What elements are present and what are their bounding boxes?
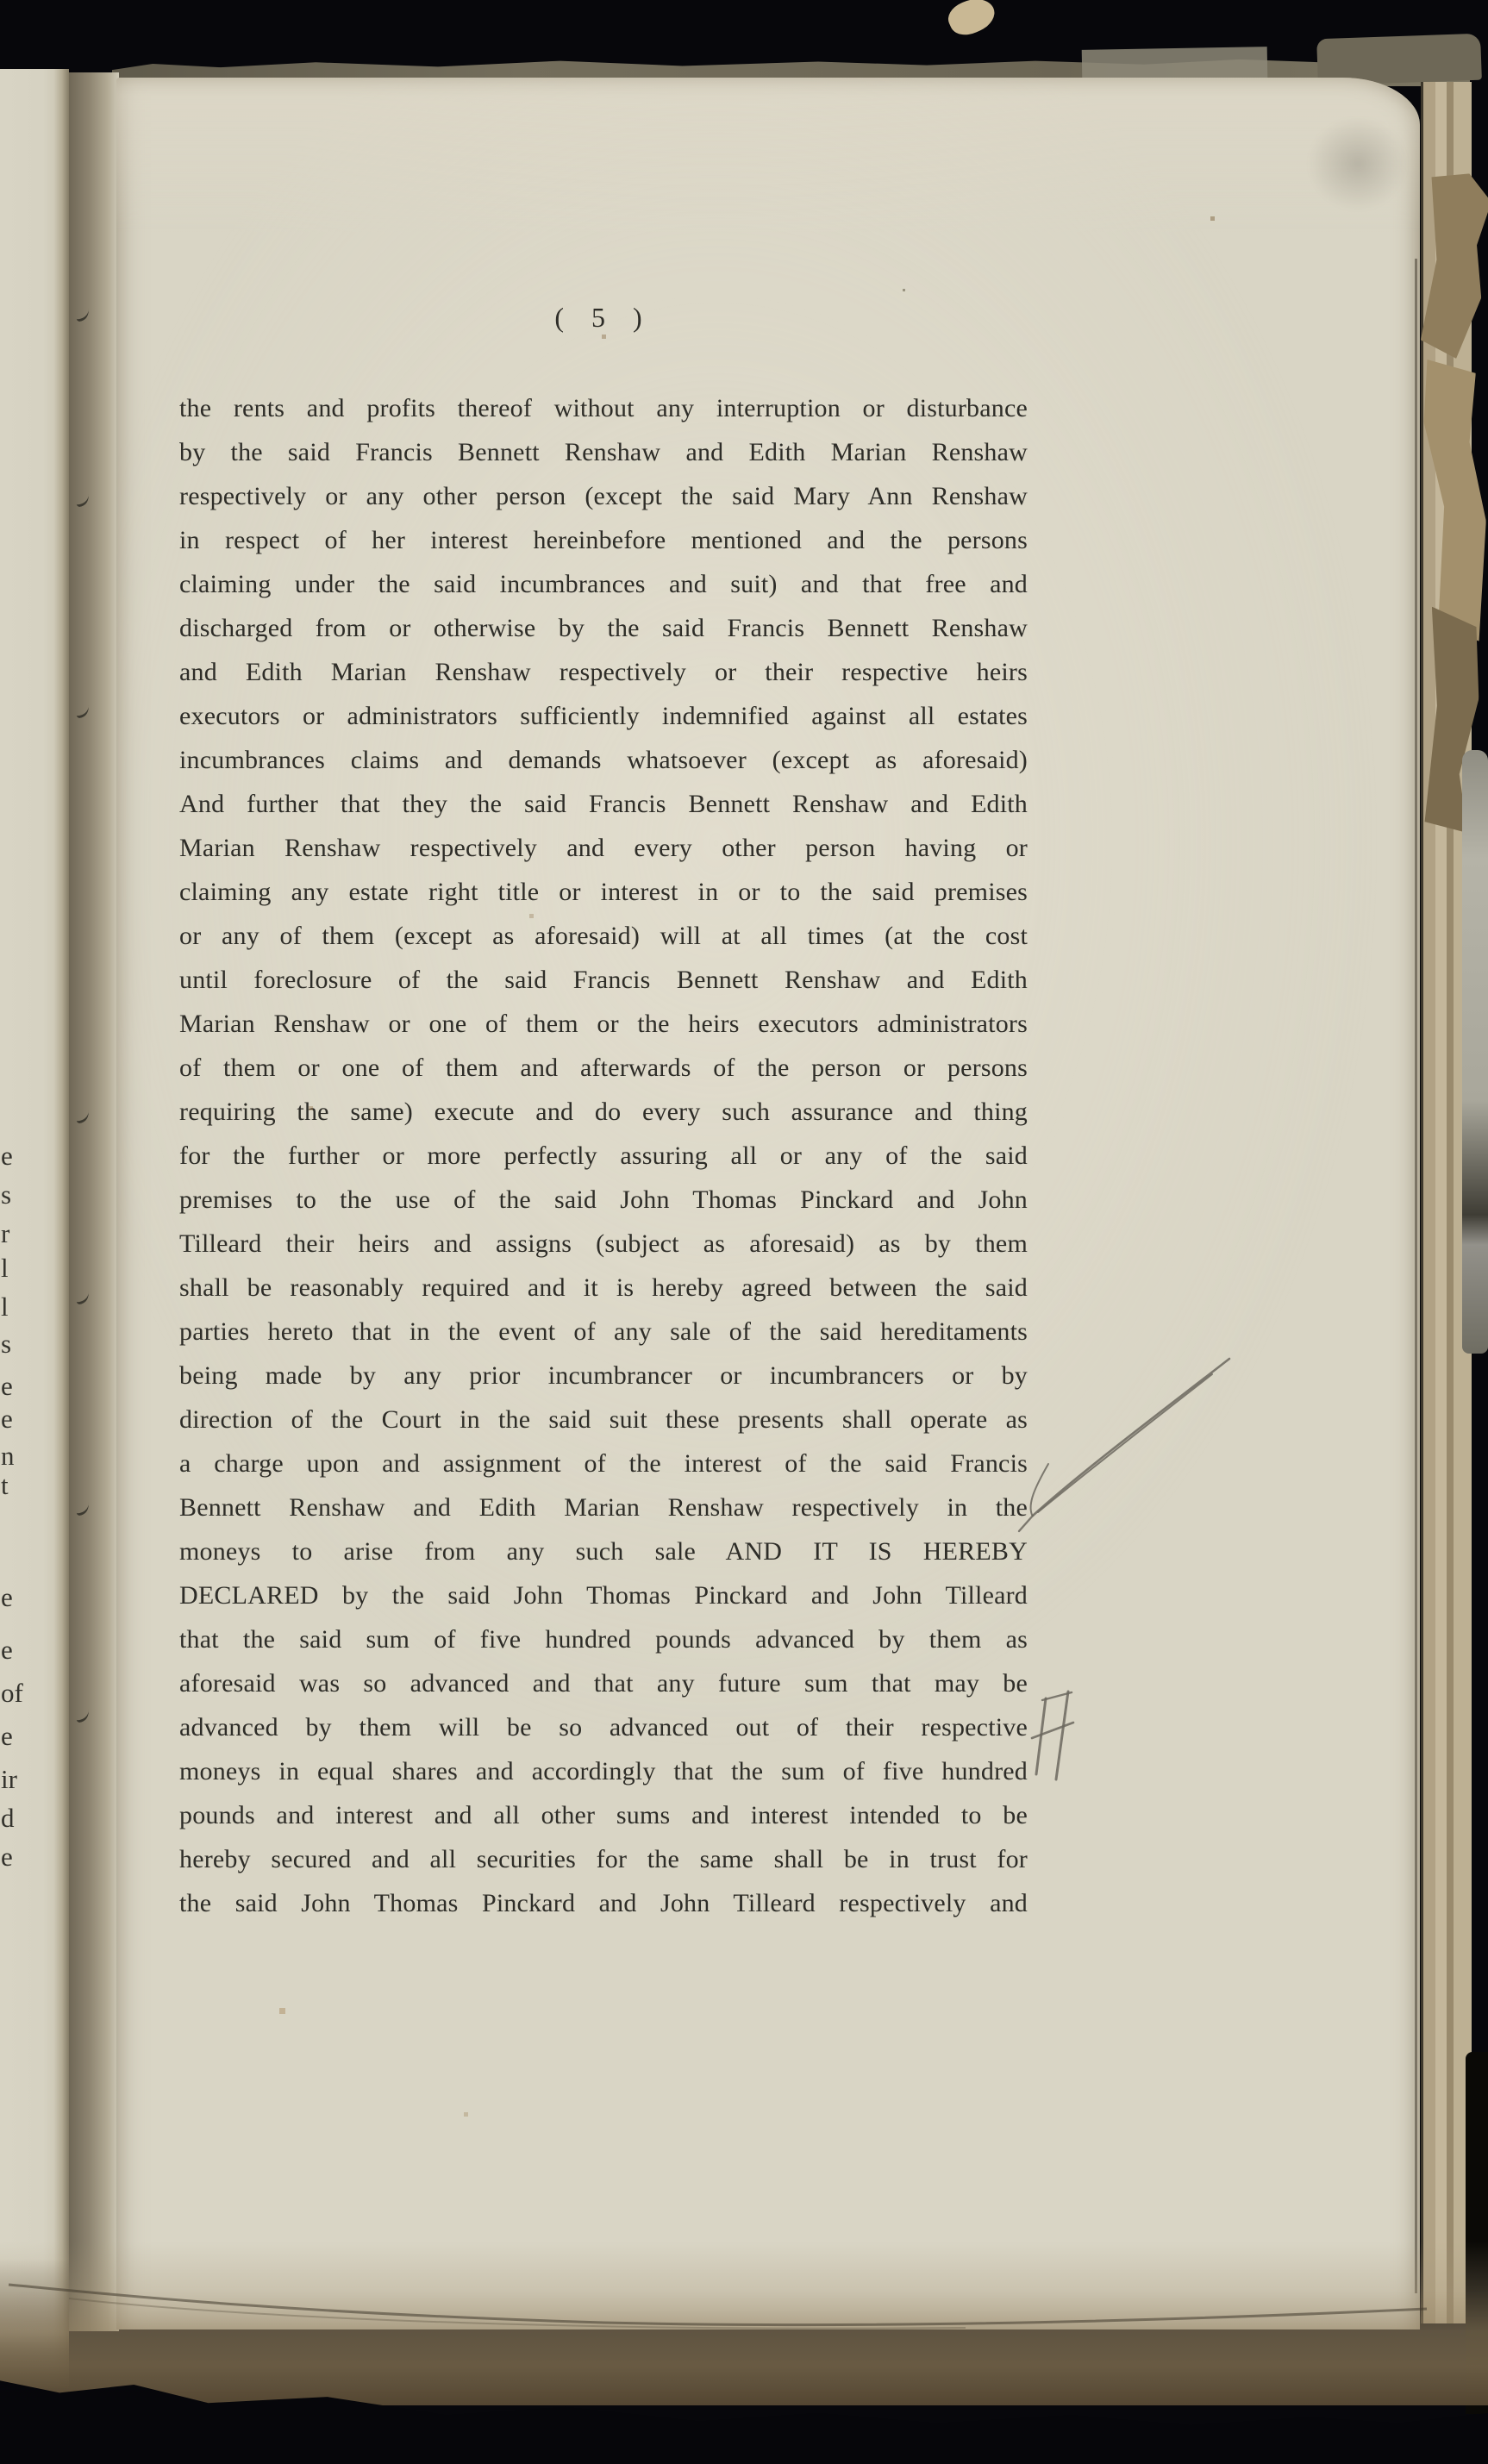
text-line: the said John Thomas Pinckard and John T… [179,1881,1028,1925]
text-line: Bennett Renshaw and Edith Marian Renshaw… [179,1485,1028,1529]
text-line: being made by any prior incumbrancer or … [179,1354,1028,1398]
foxing-specks [0,0,1,1]
page-number: ( 5 ) [179,302,1028,334]
text-line: incumbrances claims and demands whatsoev… [179,738,1028,782]
text-line: And further that they the said Francis B… [179,782,1028,826]
text-line: Marian Renshaw respectively and every ot… [179,826,1028,870]
text-line: moneys in equal shares and accordingly t… [179,1749,1028,1793]
text-line: by the said Francis Bennett Renshaw and … [179,430,1028,474]
stitch [75,1710,91,1723]
stitch [75,309,91,322]
loose-paper-fragment [944,0,1000,41]
text-line: or any of them (except as aforesaid) wil… [179,914,1028,958]
text-line: Marian Renshaw or one of them or the hei… [179,1002,1028,1046]
text-line: claiming under the said incumbrances and… [179,562,1028,606]
stitch [75,1110,91,1124]
text-line: respectively or any other person (except… [179,474,1028,518]
body-text: the rents and profits thereof without an… [179,386,1028,1925]
text-line: shall be reasonably required and it is h… [179,1266,1028,1310]
text-line: of them or one of them and afterwards of… [179,1046,1028,1090]
text-line: requiring the same) execute and do every… [179,1090,1028,1134]
stitch [75,1503,91,1517]
page-corner-smudge [1289,99,1427,228]
text-line: advanced by them will be so advanced out… [179,1705,1028,1749]
text-line: Tilleard their heirs and assigns (subjec… [179,1222,1028,1266]
scanned-book-page-photo: esrllseenteeofeirde ( 5 ) the rents and … [0,0,1488,2464]
text-line: that the said sum of five hundred pounds… [179,1617,1028,1661]
stitch [75,705,91,719]
text-line: pounds and interest and all other sums a… [179,1793,1028,1837]
page-right-edge-line [1415,259,1417,2293]
text-line: the rents and profits thereof without an… [179,386,1028,430]
bottom-fold-line [0,2259,1488,2362]
worn-page-edge-strip [1462,750,1488,1354]
text-line: parties hereto that in the event of any … [179,1310,1028,1354]
text-line: premises to the use of the said John Tho… [179,1178,1028,1222]
text-line: and Edith Marian Renshaw respectively or… [179,650,1028,694]
pencil-check-mark [983,1319,1259,1535]
text-line: a charge upon and assignment of the inte… [179,1442,1028,1485]
stitch [75,1291,91,1305]
text-line: claiming any estate right title or inter… [179,870,1028,914]
stitch [75,494,91,508]
text-line: DECLARED by the said John Thomas Pinckar… [179,1573,1028,1617]
text-line: in respect of her interest hereinbefore … [179,518,1028,562]
binding-stitch-marks [0,0,112,2464]
text-line: executors or administrators sufficiently… [179,694,1028,738]
text-line: discharged from or otherwise by the said… [179,606,1028,650]
text-line: direction of the Court in the said suit … [179,1398,1028,1442]
text-line: aforesaid was so advanced and that any f… [179,1661,1028,1705]
text-line: hereby secured and all securities for th… [179,1837,1028,1881]
text-line: until foreclosure of the said Francis Be… [179,958,1028,1002]
pencil-h-mark [1030,1688,1078,1783]
page-block-top-edge-highlight [1082,47,1268,81]
text-line: moneys to arise from any such sale AND I… [179,1529,1028,1573]
text-line: for the further or more perfectly assuri… [179,1134,1028,1178]
